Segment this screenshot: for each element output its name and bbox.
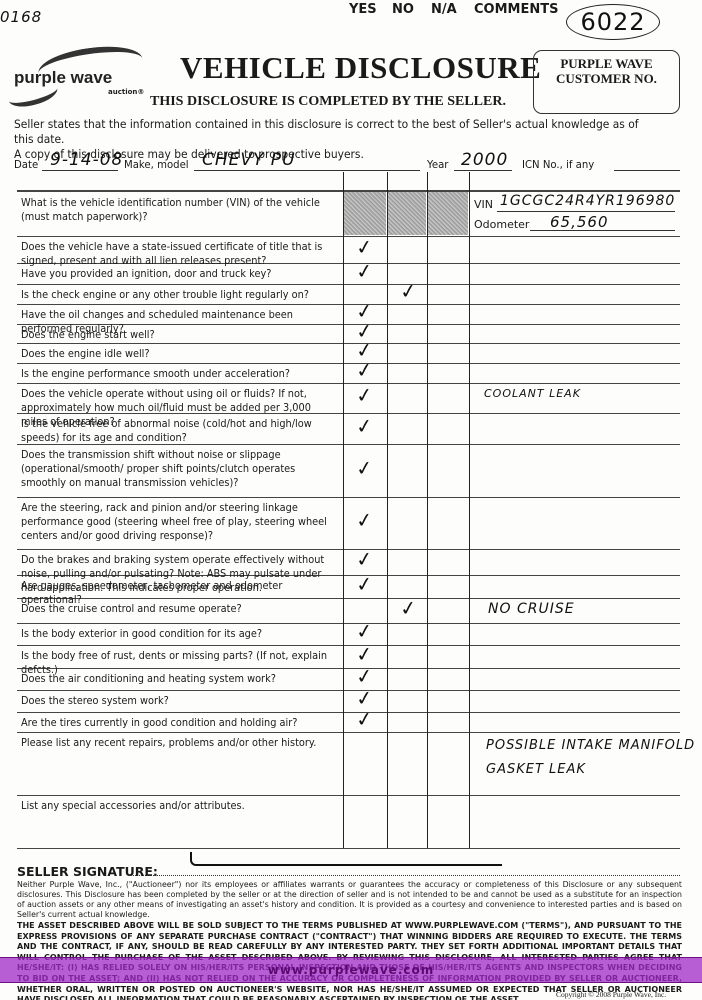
checkmark-icon: ✓ [355,235,375,257]
customer-box-line2: CUSTOMER NO. [534,71,679,86]
answer-na-cell[interactable] [428,343,468,363]
logo-sub: auction® [108,88,144,96]
make-model-field[interactable] [194,170,420,171]
answer-na-cell[interactable] [428,444,468,497]
checkmark-icon: ✓ [355,572,375,594]
question-text: Is the body exterior in good condition f… [21,627,328,641]
answer-no-cell[interactable] [388,549,426,575]
answer-no-cell[interactable] [388,623,426,645]
icn-label: ICN No., if any [522,158,594,171]
table-row-rule [17,795,680,796]
answer-na-cell[interactable] [428,623,468,645]
answer-no-cell[interactable] [388,712,426,732]
year-label: Year [427,158,448,171]
date-label: Date [14,158,38,171]
vin-shaded-na-cell [428,192,468,235]
vin-label: VIN [474,198,493,211]
logo-name: purple wave [14,68,112,88]
question-text: Are the steering, rack and pinion and/or… [21,501,328,543]
icn-field[interactable] [614,170,680,171]
question-text: Does the air conditioning and heating sy… [21,672,328,686]
answer-no-cell[interactable] [388,324,426,343]
checkmark-icon: ✓ [399,280,419,302]
copyright-text: Copyright © 2008 Purple Wave, Inc. [556,990,666,999]
checkmark-icon: ✓ [355,359,375,381]
answer-na-cell[interactable] [428,668,468,690]
answer-no-cell[interactable] [388,363,426,383]
question-text: Are the tires currently in good conditio… [21,716,328,730]
checkmark-icon: ✓ [355,620,375,642]
answer-na-cell[interactable] [428,324,468,343]
answer-no-cell[interactable] [388,575,426,598]
answer-no-cell[interactable] [388,645,426,668]
odometer-value: 65,560 [550,213,609,231]
vehicle-info-line: Date 9-14-08 Make, model CHEVY PU Year 2… [14,152,702,172]
customer-number-box[interactable]: PURPLE WAVE CUSTOMER NO. [533,50,680,114]
table-row-rule [17,848,680,849]
table-row-rule [17,732,680,733]
answer-na-cell[interactable] [428,263,468,284]
date-field[interactable] [42,170,118,171]
comment-text: COOLANT LEAK [484,387,581,400]
question-text: Does the engine idle well? [21,347,328,361]
date-value: 9-14-08 [50,150,123,170]
vin-shaded-yes-cell [344,192,386,235]
year-value: 2000 [461,150,508,170]
answer-no-cell[interactable] [388,304,426,324]
odometer-label: Odometer [474,218,529,231]
checkmark-icon: ✓ [355,456,375,478]
signature-mark [190,852,502,866]
customer-box-line1: PURPLE WAVE [534,56,679,71]
seller-signature-field[interactable] [130,875,680,876]
watermark-url: www.purplewave.com [0,963,702,977]
question-text: Please list any recent repairs, problems… [21,736,328,750]
checkmark-icon: ✓ [355,665,375,687]
checkmark-icon: ✓ [399,596,419,618]
vin-value: 1GCGC24R4YR196980 [500,193,675,209]
page-title: VEHICLE DISCLOSURE [180,50,541,86]
checkmark-icon: ✓ [355,642,375,664]
answer-na-cell[interactable] [428,497,468,549]
answer-na-cell[interactable] [428,383,468,413]
answer-na-cell[interactable] [428,284,468,304]
disclaimer-text: Neither Purple Wave, Inc., ("Auctioneer"… [17,880,682,920]
checkmark-icon: ✓ [355,548,375,570]
vin-field[interactable] [497,211,675,212]
checkmark-icon: ✓ [355,384,375,406]
comment-text: NO CRUISE [488,601,575,617]
question-text: Does the engine start well? [21,328,328,342]
answer-no-cell[interactable] [388,444,426,497]
answer-na-cell[interactable] [428,712,468,732]
question-text: Have you provided an ignition, door and … [21,267,328,281]
checkmark-icon: ✓ [355,259,375,281]
comment-text: POSSIBLE INTAKE MANIFOLD GASKET LEAK [486,734,696,782]
answer-na-cell[interactable] [428,645,468,668]
answer-na-cell[interactable] [428,598,468,623]
answer-na-cell[interactable] [428,575,468,598]
table-column-rule [469,172,470,848]
question-text: What is the vehicle identification numbe… [21,196,328,224]
answer-no-cell[interactable] [388,668,426,690]
question-text: Is the check engine or any other trouble… [21,288,328,302]
checkmark-icon: ✓ [355,414,375,436]
seller-signature-label: SELLER SIGNATURE: [17,864,158,879]
answer-no-cell[interactable] [388,413,426,444]
handwritten-corner-note: 0168 [0,8,42,26]
answer-no-cell[interactable] [388,497,426,549]
answer-na-cell[interactable] [428,549,468,575]
intro-line1: Seller states that the information conta… [14,117,656,147]
question-text: Does the stereo system work? [21,694,328,708]
answer-na-cell[interactable] [428,413,468,444]
purple-wave-logo: purple wave auction® [8,48,143,100]
vin-shaded-no-cell [388,192,426,235]
year-field[interactable] [454,170,512,171]
header-na: N/A [431,0,457,20]
header-yes: YES [349,0,377,20]
answer-na-cell[interactable] [428,363,468,383]
make-model-value: CHEVY PU [202,150,296,170]
header-comments: COMMENTS [474,0,558,20]
question-text: Does the transmission shift without nois… [21,448,328,490]
answer-no-cell[interactable] [388,236,426,263]
question-text: Is the engine performance smooth under a… [21,367,328,381]
answer-na-cell[interactable] [428,304,468,324]
checkmark-icon: ✓ [355,708,375,730]
page-subtitle: THIS DISCLOSURE IS COMPLETED BY THE SELL… [150,94,506,110]
handwritten-circled-number: 6022 [566,4,660,40]
question-text: Does the vehicle have a state-issued cer… [21,240,328,268]
answer-no-cell[interactable] [388,383,426,413]
checkmark-icon: ✓ [355,509,375,531]
question-text: Is the vehicle free of abnormal noise (c… [21,417,328,445]
question-text: List any special accessories and/or attr… [21,799,328,813]
question-text: Does the cruise control and resume opera… [21,602,328,616]
answer-no-cell[interactable] [388,343,426,363]
answer-na-cell[interactable] [428,690,468,712]
make-model-label: Make, model [124,158,189,171]
answer-no-cell[interactable] [388,690,426,712]
answer-na-cell[interactable] [428,236,468,263]
header-no: NO [392,0,414,20]
